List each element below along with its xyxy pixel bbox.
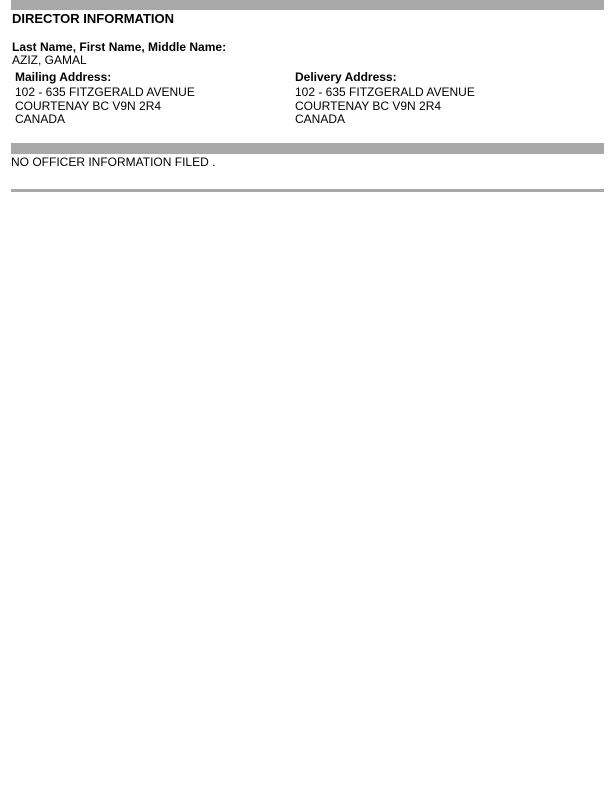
section-title-director-information: DIRECTOR INFORMATION [12, 11, 174, 27]
mailing-address-line: 102 - 635 FITZGERALD AVENUE [15, 86, 195, 100]
delivery-address-label: Delivery Address: [295, 70, 475, 84]
delivery-address-line: COURTENAY BC V9N 2R4 [295, 100, 475, 114]
delivery-address-line: CANADA [295, 113, 475, 127]
mailing-address-label: Mailing Address: [15, 70, 195, 84]
section-divider-top [11, 0, 604, 10]
section-divider-officer [11, 143, 604, 154]
director-name: AZIZ, GAMAL [12, 53, 87, 67]
delivery-address-line: 102 - 635 FITZGERALD AVENUE [295, 86, 475, 100]
mailing-address-line: COURTENAY BC V9N 2R4 [15, 100, 195, 114]
delivery-address-block: Delivery Address: 102 - 635 FITZGERALD A… [295, 70, 475, 127]
name-label: Last Name, First Name, Middle Name: [12, 40, 226, 54]
mailing-address-block: Mailing Address: 102 - 635 FITZGERALD AV… [15, 70, 195, 127]
officer-information-message: NO OFFICER INFORMATION FILED . [11, 155, 215, 169]
section-divider-bottom [11, 189, 604, 192]
mailing-address-line: CANADA [15, 113, 195, 127]
